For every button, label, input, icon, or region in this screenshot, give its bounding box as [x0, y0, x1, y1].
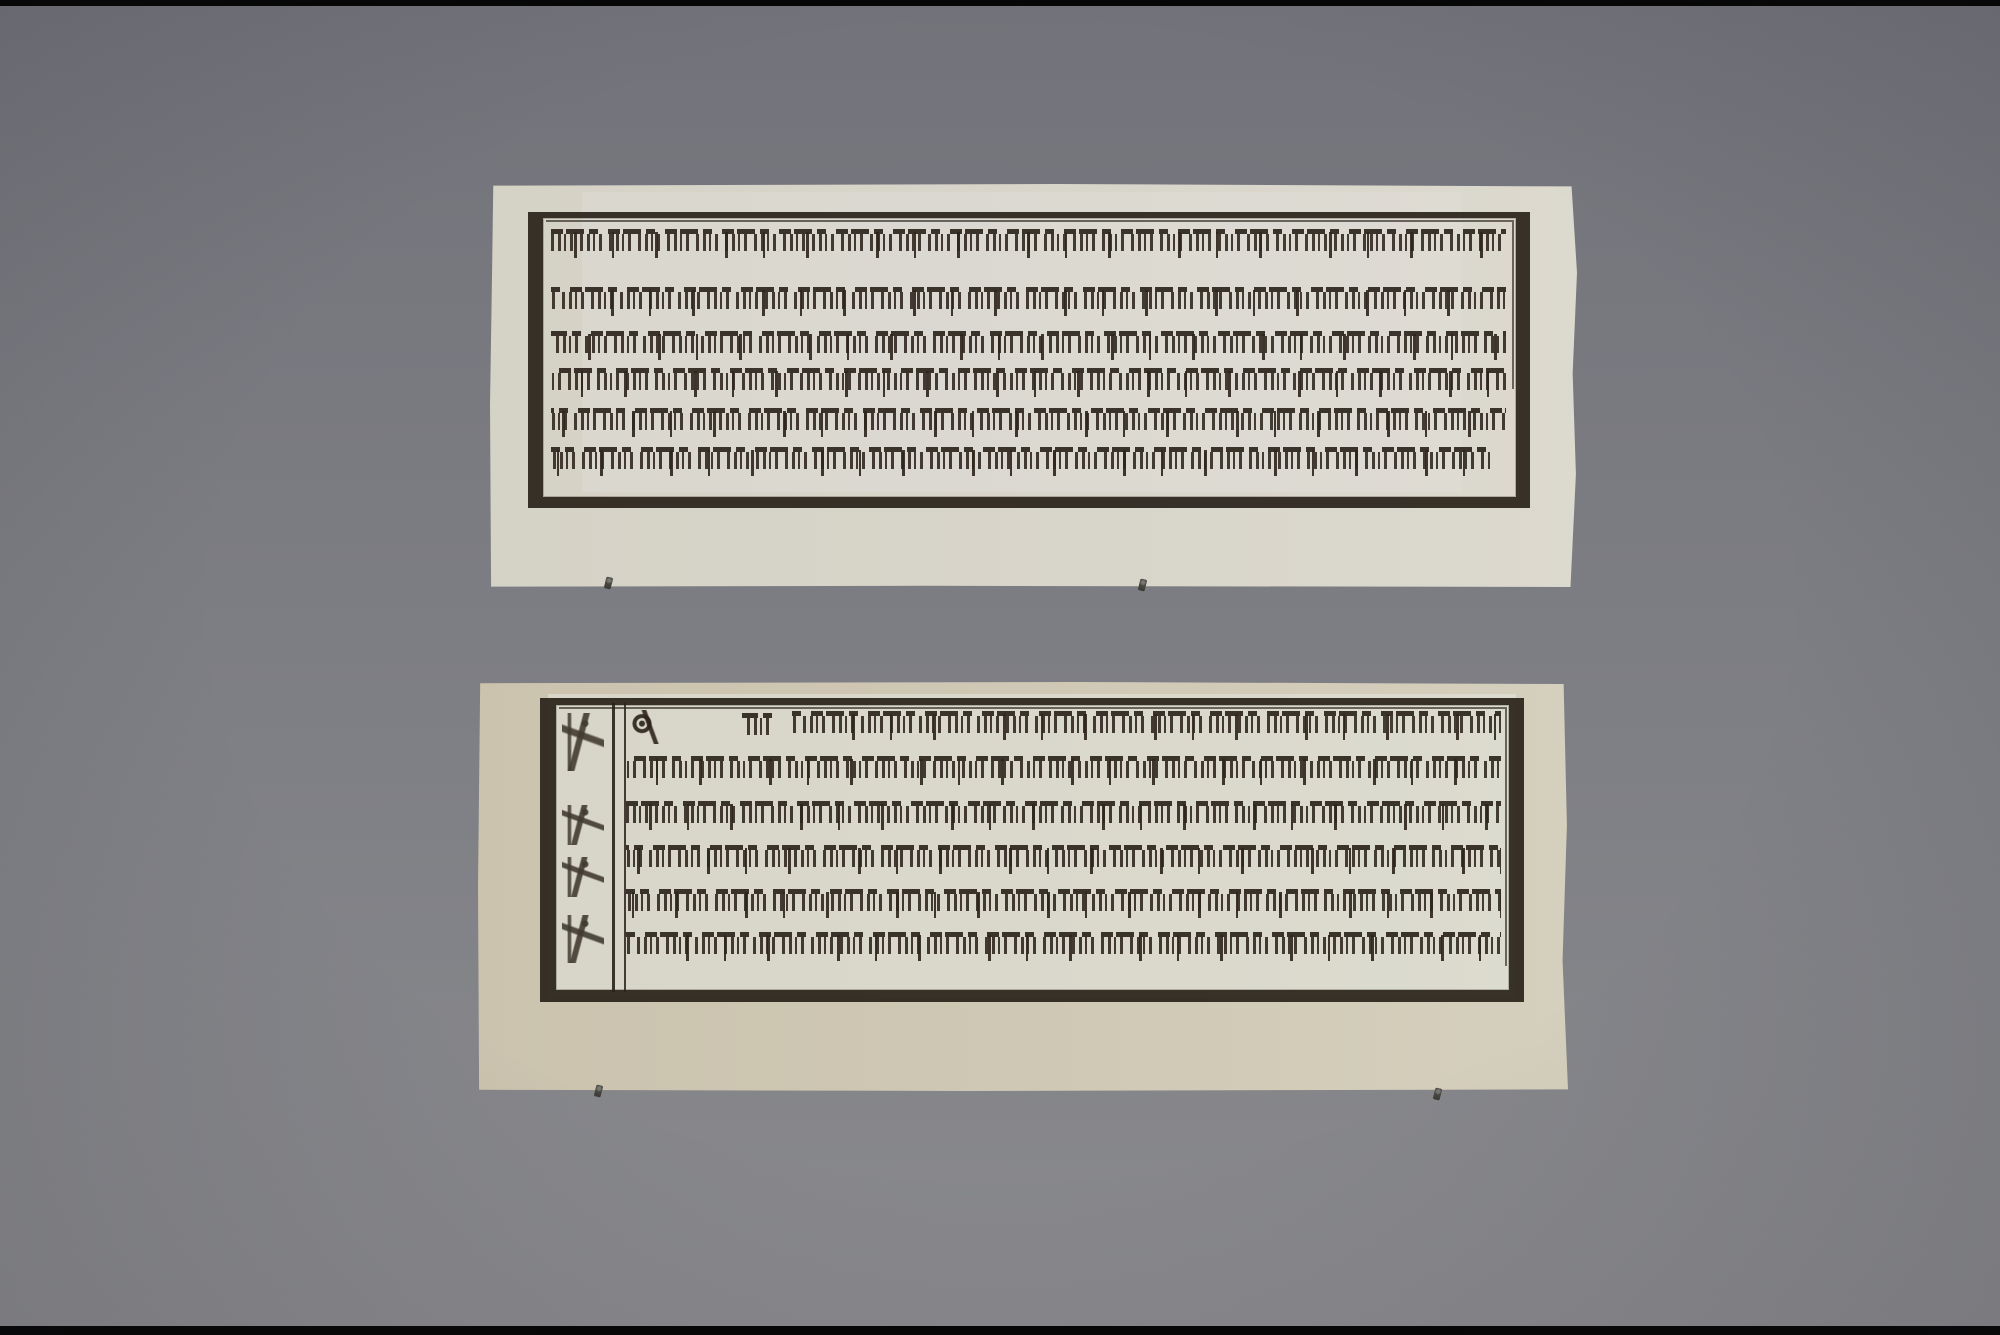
mounting-pin — [1433, 1087, 1443, 1100]
line-transcription: མང་པོས་གཟིར། །སྡུག་བསྔལ་ད་ལ་འབྱོར་དོན་མེ… — [626, 844, 1501, 878]
line-transcription: དའི་ཡི་དམ་གྱི་སྤྲུལ་པ་གཅིག་ཡིན་ངེས་སུ་མ་… — [551, 228, 1506, 264]
manuscript-leaf-bottom: ཨྨི ཁྲི ཆ ཚ༔ ༄། ། ཧྲཱིཿ ༄། — [478, 682, 1568, 1091]
line-transcription: ༄། །ཧྲཱིཿ། རང་དབང་མེད་པར་རང་ཉིད་ལྟུང་ལགས… — [792, 710, 1501, 744]
line-transcription: ཐུགས་རྗེ་ཆེན་པོ་འཕགས་མཆོག་སྤྱན་རས་གཟིགས།… — [551, 367, 1506, 401]
line-transcription: དྲང་དུ་གསོལ། །བདག་ཉིད་འཁོར་བ་ཐོག་མ་མེད་པ… — [626, 755, 1501, 789]
margin-divider-rule — [612, 703, 626, 992]
hri-syllable-text: ཧྲཱིཿ — [742, 712, 776, 744]
margin-label-glyph: ཚ༔ — [562, 915, 604, 963]
head-mark-text: ༄། ། — [628, 710, 668, 744]
tibetan-text-line: འབྱམས། །འབྱམས་པས་མ་ཚོགས་ཉོན་མོངས་རྒྱུན་འ… — [626, 800, 1501, 834]
line-transcription: འདུན་པ་མ་ཉམས་མེད་རྒྱལ་བ་འོད་དཔག་མེད། །རྒ… — [551, 330, 1506, 364]
margin-label: ཆ — [562, 857, 604, 897]
yig-mgo-head-mark: ༄། ། — [628, 710, 668, 744]
tibetan-text-line: ཐུགས་རྗེ་ཆེན་པོ་འཕགས་མཆོག་སྤྱན་རས་གཟིགས།… — [551, 367, 1506, 401]
line-transcription: ནུ། །ཉམ་ཐག་སྐྱེ་རྒུ་འདྲེན་པ་གསན་དུ་གསོལ།… — [551, 407, 1506, 441]
hri-syllable: ཧྲཱིཿ — [742, 712, 776, 744]
photo-of-manuscript-leaves: དའི་ཡི་དམ་གྱི་སྤྲུལ་པ་གཅིག་ཡིན་ངེས་སུ་མ་… — [0, 0, 2000, 1335]
margin-label-glyph: ཨྨི — [562, 713, 604, 771]
tibetan-text-line: ངང་ནས་ཐུགས་རྗེ་ཆེན་པོའི་སྐྱེ་རྟགས་ཀྱི་སྒ… — [551, 286, 1506, 320]
folio-margin-column: ཨྨི ཁྲི ཆ ཚ༔ — [556, 705, 612, 990]
line-transcription: དམ་བཅའ་འགྱུར་ཁྱེར་ནས། །ཞིག་མེད་དུས་ནས་འག… — [626, 931, 1501, 963]
line-transcription: ངང་ནས་ཐུགས་རྗེ་ཆེན་པོའི་སྐྱེ་རྟགས་ཀྱི་སྒ… — [551, 286, 1506, 320]
line-transcription: གཟིར། །འཆིར་བྱེད་དམ་པོ་སྲིད་པའི་ཞགས་པས་བ… — [551, 446, 1490, 478]
tibetan-text-line: དའི་ཡི་དམ་གྱི་སྤྲུལ་པ་གཅིག་ཡིན་ངེས་སུ་མ་… — [551, 228, 1506, 264]
tibetan-text-line: ནུ། །ཉམ་ཐག་སྐྱེ་རྒུ་འདྲེན་པ་གསན་དུ་གསོལ།… — [551, 407, 1506, 441]
mounting-pin — [594, 1084, 604, 1097]
printed-text-frame-bottom: ཨྨི ཁྲི ཆ ཚ༔ ༄། ། ཧྲཱིཿ ༄། — [540, 698, 1524, 1002]
tibetan-text-line: འདུན་པ་མ་ཉམས་མེད་རྒྱལ་བ་འོད་དཔག་མེད། །རྒ… — [551, 330, 1506, 364]
tibetan-text-line: གཟིར། །འཆིར་བྱེད་དམ་པོ་སྲིད་པའི་ཞགས་པས་བ… — [551, 446, 1490, 478]
margin-label: ཁྲི — [562, 805, 604, 845]
margin-label-glyph: ཆ — [562, 857, 604, 897]
tibetan-text-line: དྲང་དུ་གསོལ། །བདག་ཉིད་འཁོར་བ་ཐོག་མ་མེད་པ… — [626, 755, 1501, 789]
manuscript-leaf-top: དའི་ཡི་དམ་གྱི་སྤྲུལ་པ་གཅིག་ཡིན་ངེས་སུ་མ་… — [490, 184, 1577, 587]
tibetan-text-line: མང་པོས་གཟིར། །སྡུག་བསྔལ་ད་ལ་འབྱོར་དོན་མེ… — [626, 844, 1501, 878]
tibetan-text-line: དམ་བཅའ་འགྱུར་ཁྱེར་ནས། །ཞིག་མེད་དུས་ནས་འག… — [626, 931, 1501, 963]
frame-inner-rule — [559, 707, 1507, 966]
margin-label: ཨྨི — [562, 713, 604, 771]
line-transcription: བབ་པའི་ཚེ། །སྐྱབས་མཆོག་ཁྱོད་ཀྱིས་མ་གོན་ས… — [626, 888, 1501, 922]
printed-text-frame-top: དའི་ཡི་དམ་གྱི་སྤྲུལ་པ་གཅིག་ཡིན་ངེས་སུ་མ་… — [528, 212, 1530, 508]
tibetan-text-line: ༄། །ཧྲཱིཿ། རང་དབང་མེད་པར་རང་ཉིད་ལྟུང་ལགས… — [792, 710, 1501, 744]
letterbox-bar-top — [0, 0, 2000, 6]
margin-label: ཚ༔ — [562, 915, 604, 963]
tibetan-text-line: བབ་པའི་ཚེ། །སྐྱབས་མཆོག་ཁྱོད་ཀྱིས་མ་གོན་ས… — [626, 888, 1501, 922]
mounting-pin — [1138, 578, 1148, 591]
letterbox-bar-bottom — [0, 1326, 2000, 1335]
mounting-pin — [604, 576, 614, 589]
margin-label-glyph: ཁྲི — [562, 805, 604, 845]
line-transcription: འབྱམས། །འབྱམས་པས་མ་ཚོགས་ཉོན་མོངས་རྒྱུན་འ… — [626, 800, 1501, 834]
